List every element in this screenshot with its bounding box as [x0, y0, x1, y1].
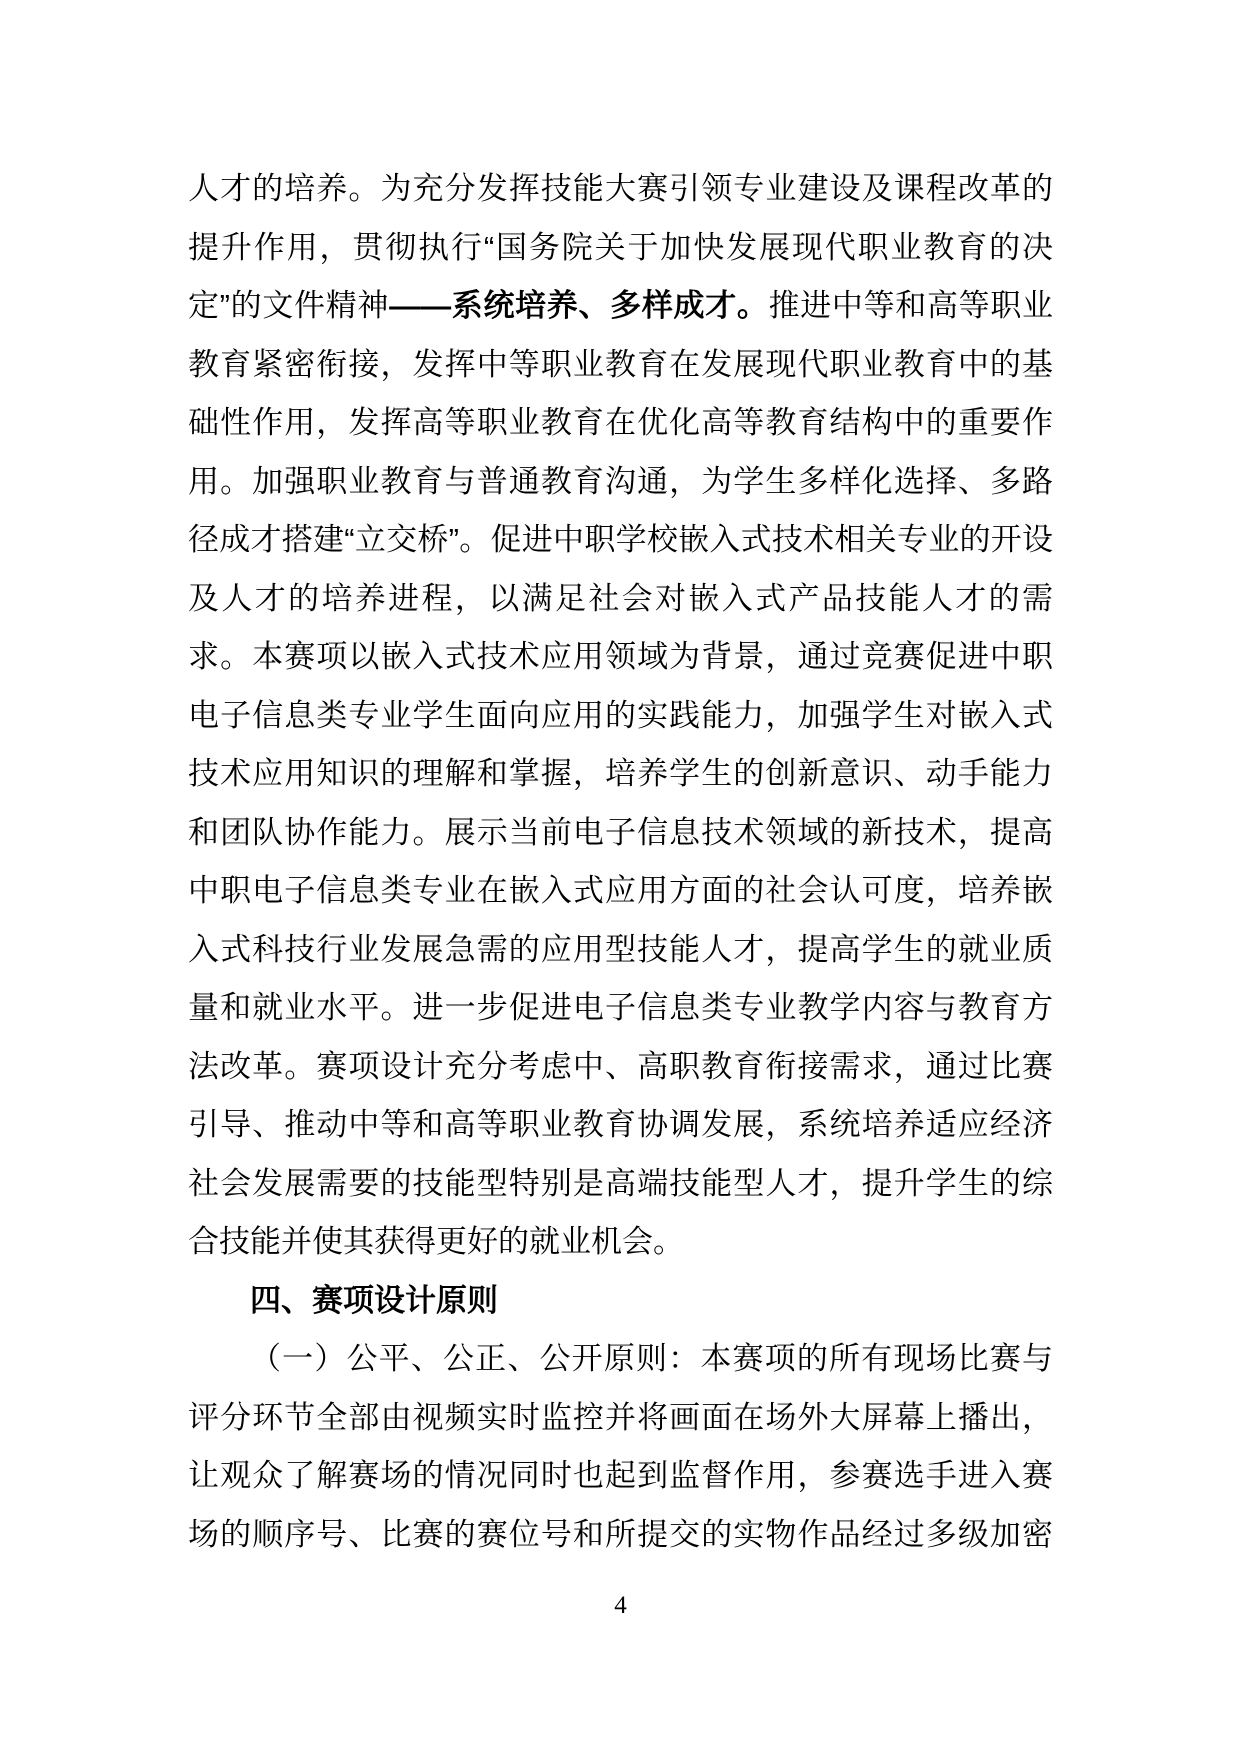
text-line: 社会发展需要的技能型特别是高端技能型人才，提升学生的综	[188, 1155, 1053, 1214]
text-line: 入式科技行业发展急需的应用型技能人才，提高学生的就业质	[188, 921, 1053, 980]
bold-text-segment: ——系统培养、多样成才。	[389, 288, 768, 323]
page-number: 4	[0, 1592, 1241, 1620]
intro-paragraph-bold-line: 定”的文件精神——系统培养、多样成才。推进中等和高等职业	[188, 277, 1053, 336]
text-line: 用。加强职业教育与普通教育沟通，为学生多样化选择、多路	[188, 453, 1053, 512]
text-line: 电子信息类专业学生面向应用的实践能力，加强学生对嵌入式	[188, 687, 1053, 746]
text-line: （一）公平、公正、公开原则：本赛项的所有现场比赛与	[188, 1330, 1053, 1389]
text-line: 径成才搭建“立交桥”。促进中职学校嵌入式技术相关专业的开设	[188, 511, 1053, 570]
text-line: 技术应用知识的理解和掌握，培养学生的创新意识、动手能力	[188, 745, 1053, 804]
text-line: 让观众了解赛场的情况同时也起到监督作用，参赛选手进入赛	[188, 1447, 1053, 1506]
text-segment: 推进中等和高等职业	[769, 288, 1053, 323]
text-line: 及人才的培养进程，以满足社会对嵌入式产品技能人才的需	[188, 570, 1053, 629]
text-line: 和团队协作能力。展示当前电子信息技术领域的新技术，提高	[188, 804, 1053, 863]
text-line: 教育紧密衔接，发挥中等职业教育在发展现代职业教育中的基	[188, 336, 1053, 395]
text-line: 中职电子信息类专业在嵌入式应用方面的社会认可度，培养嵌	[188, 862, 1053, 921]
text-line: 础性作用，发挥高等职业教育在优化高等教育结构中的重要作	[188, 394, 1053, 453]
document-page: 人才的培养。为充分发挥技能大赛引领专业建设及课程改革的提升作用，贯彻执行“国务院…	[0, 0, 1241, 1754]
text-line: 人才的培养。为充分发挥技能大赛引领专业建设及课程改革的	[188, 160, 1053, 219]
text-segment: 定”的文件精神	[188, 288, 389, 323]
principles-paragraph: （一）公平、公正、公开原则：本赛项的所有现场比赛与评分环节全部由视频实时监控并将…	[188, 1330, 1053, 1564]
text-line: 评分环节全部由视频实时监控并将画面在场外大屏幕上播出，	[188, 1389, 1053, 1448]
text-line: 场的顺序号、比赛的赛位号和所提交的实物作品经过多级加密	[188, 1506, 1053, 1565]
intro-paragraph-part1: 人才的培养。为充分发挥技能大赛引领专业建设及课程改革的提升作用，贯彻执行“国务院…	[188, 160, 1053, 277]
section-heading: 四、赛项设计原则	[188, 1272, 1053, 1331]
text-line: 合技能并使其获得更好的就业机会。	[188, 1213, 1053, 1272]
text-line: 引导、推动中等和高等职业教育协调发展，系统培养适应经济	[188, 1096, 1053, 1155]
intro-paragraph-part2: 教育紧密衔接，发挥中等职业教育在发展现代职业教育中的基础性作用，发挥高等职业教育…	[188, 336, 1053, 1272]
text-line: 提升作用，贯彻执行“国务院关于加快发展现代职业教育的决	[188, 219, 1053, 278]
text-line: 量和就业水平。进一步促进电子信息类专业教学内容与教育方	[188, 979, 1053, 1038]
text-line: 法改革。赛项设计充分考虑中、高职教育衔接需求，通过比赛	[188, 1038, 1053, 1097]
page-content: 人才的培养。为充分发挥技能大赛引领专业建设及课程改革的提升作用，贯彻执行“国务院…	[188, 160, 1053, 1564]
text-line: 求。本赛项以嵌入式技术应用领域为背景，通过竞赛促进中职	[188, 628, 1053, 687]
